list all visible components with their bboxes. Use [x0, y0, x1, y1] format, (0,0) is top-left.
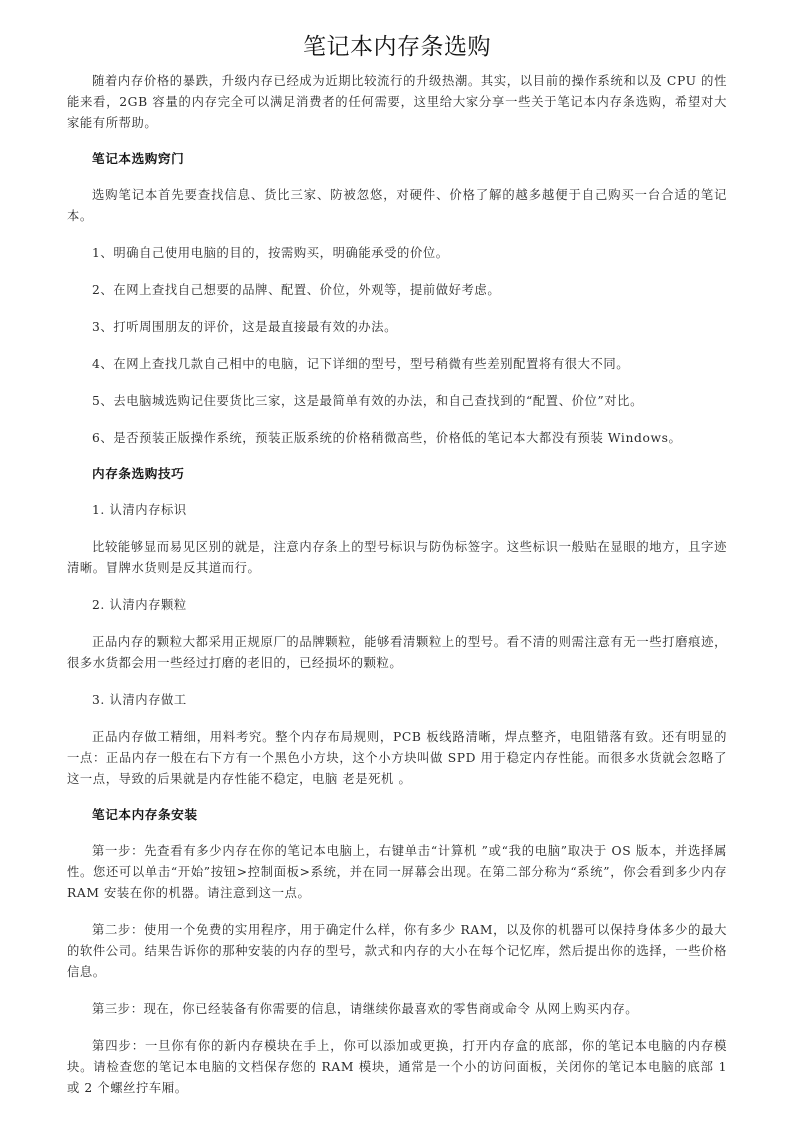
- list-item: 1、明确自己使用电脑的目的，按需购买，明确能承受的价位。: [67, 243, 727, 264]
- intro-paragraph: 随着内存价格的暴跌，升级内存已经成为近期比较流行的升级热潮。其实，以目前的操作系…: [67, 71, 727, 134]
- list-item: 6、是否预装正版操作系统，预装正版系统的价格稍微高些，价格低的笔记本大都没有预装…: [67, 428, 727, 449]
- list-item: 4、在网上查找几款自己相中的电脑，记下详细的型号，型号稍微有些差别配置将有很大不…: [67, 354, 727, 375]
- step-paragraph: 第四步：一旦你有你的新内存模块在手上，你可以添加或更换，打开内存盒的底部，你的笔…: [67, 1036, 727, 1099]
- step-paragraph: 第二步：使用一个免费的实用程序，用于确定什么样，你有多少 RAM，以及你的机器可…: [67, 920, 727, 983]
- section-heading: 笔记本选购窍门: [67, 148, 727, 169]
- section-laptop-buying-tips: 笔记本选购窍门 选购笔记本首先要查找信息、货比三家、防被忽悠，对硬件、价格了解的…: [67, 148, 727, 449]
- document-page: 笔记本内存条选购 随着内存价格的暴跌，升级内存已经成为近期比较流行的升级热潮。其…: [67, 0, 727, 1099]
- document-title: 笔记本内存条选购: [67, 33, 727, 61]
- subsection-paragraph: 正品内存的颗粒大都采用正规原厂的品牌颗粒，能够看清颗粒上的型号。看不清的则需注意…: [67, 632, 727, 674]
- list-item: 3、打听周围朋友的评价，这是最直接最有效的办法。: [67, 317, 727, 338]
- section-heading: 笔记本内存条安装: [67, 804, 727, 825]
- subsection-label: 1. 认清内存标识: [67, 500, 727, 521]
- subsection-label: 3. 认清内存做工: [67, 690, 727, 711]
- step-paragraph: 第一步：先查看有多少内存在你的笔记本电脑上，右键单击“计算机 ”或“我的电脑”取…: [67, 841, 727, 904]
- subsection-paragraph: 正品内存做工精细，用料考究。整个内存布局规则，PCB 板线路清晰，焊点整齐，电阻…: [67, 727, 727, 790]
- section-memory-buying-tips: 内存条选购技巧 1. 认清内存标识 比较能够显而易见区别的就是，注意内存条上的型…: [67, 463, 727, 790]
- subsection-label: 2. 认清内存颗粒: [67, 595, 727, 616]
- section-heading: 内存条选购技巧: [67, 463, 727, 484]
- step-paragraph: 第三步：现在，你已经装备有你需要的信息，请继续你最喜欢的零售商或命令 从网上购买…: [67, 999, 727, 1020]
- subsection-paragraph: 比较能够显而易见区别的就是，注意内存条上的型号标识与防伪标签字。这些标识一般贴在…: [67, 537, 727, 579]
- list-item: 2、在网上查找自己想要的品牌、配置、价位，外观等，提前做好考虑。: [67, 280, 727, 301]
- section-memory-installation: 笔记本内存条安装 第一步：先查看有多少内存在你的笔记本电脑上，右键单击“计算机 …: [67, 804, 727, 1099]
- section-intro-paragraph: 选购笔记本首先要查找信息、货比三家、防被忽悠，对硬件、价格了解的越多越便于自己购…: [67, 185, 727, 227]
- list-item: 5、去电脑城选购记住要货比三家，这是最简单有效的办法，和自己查找到的“配置、价位…: [67, 391, 727, 412]
